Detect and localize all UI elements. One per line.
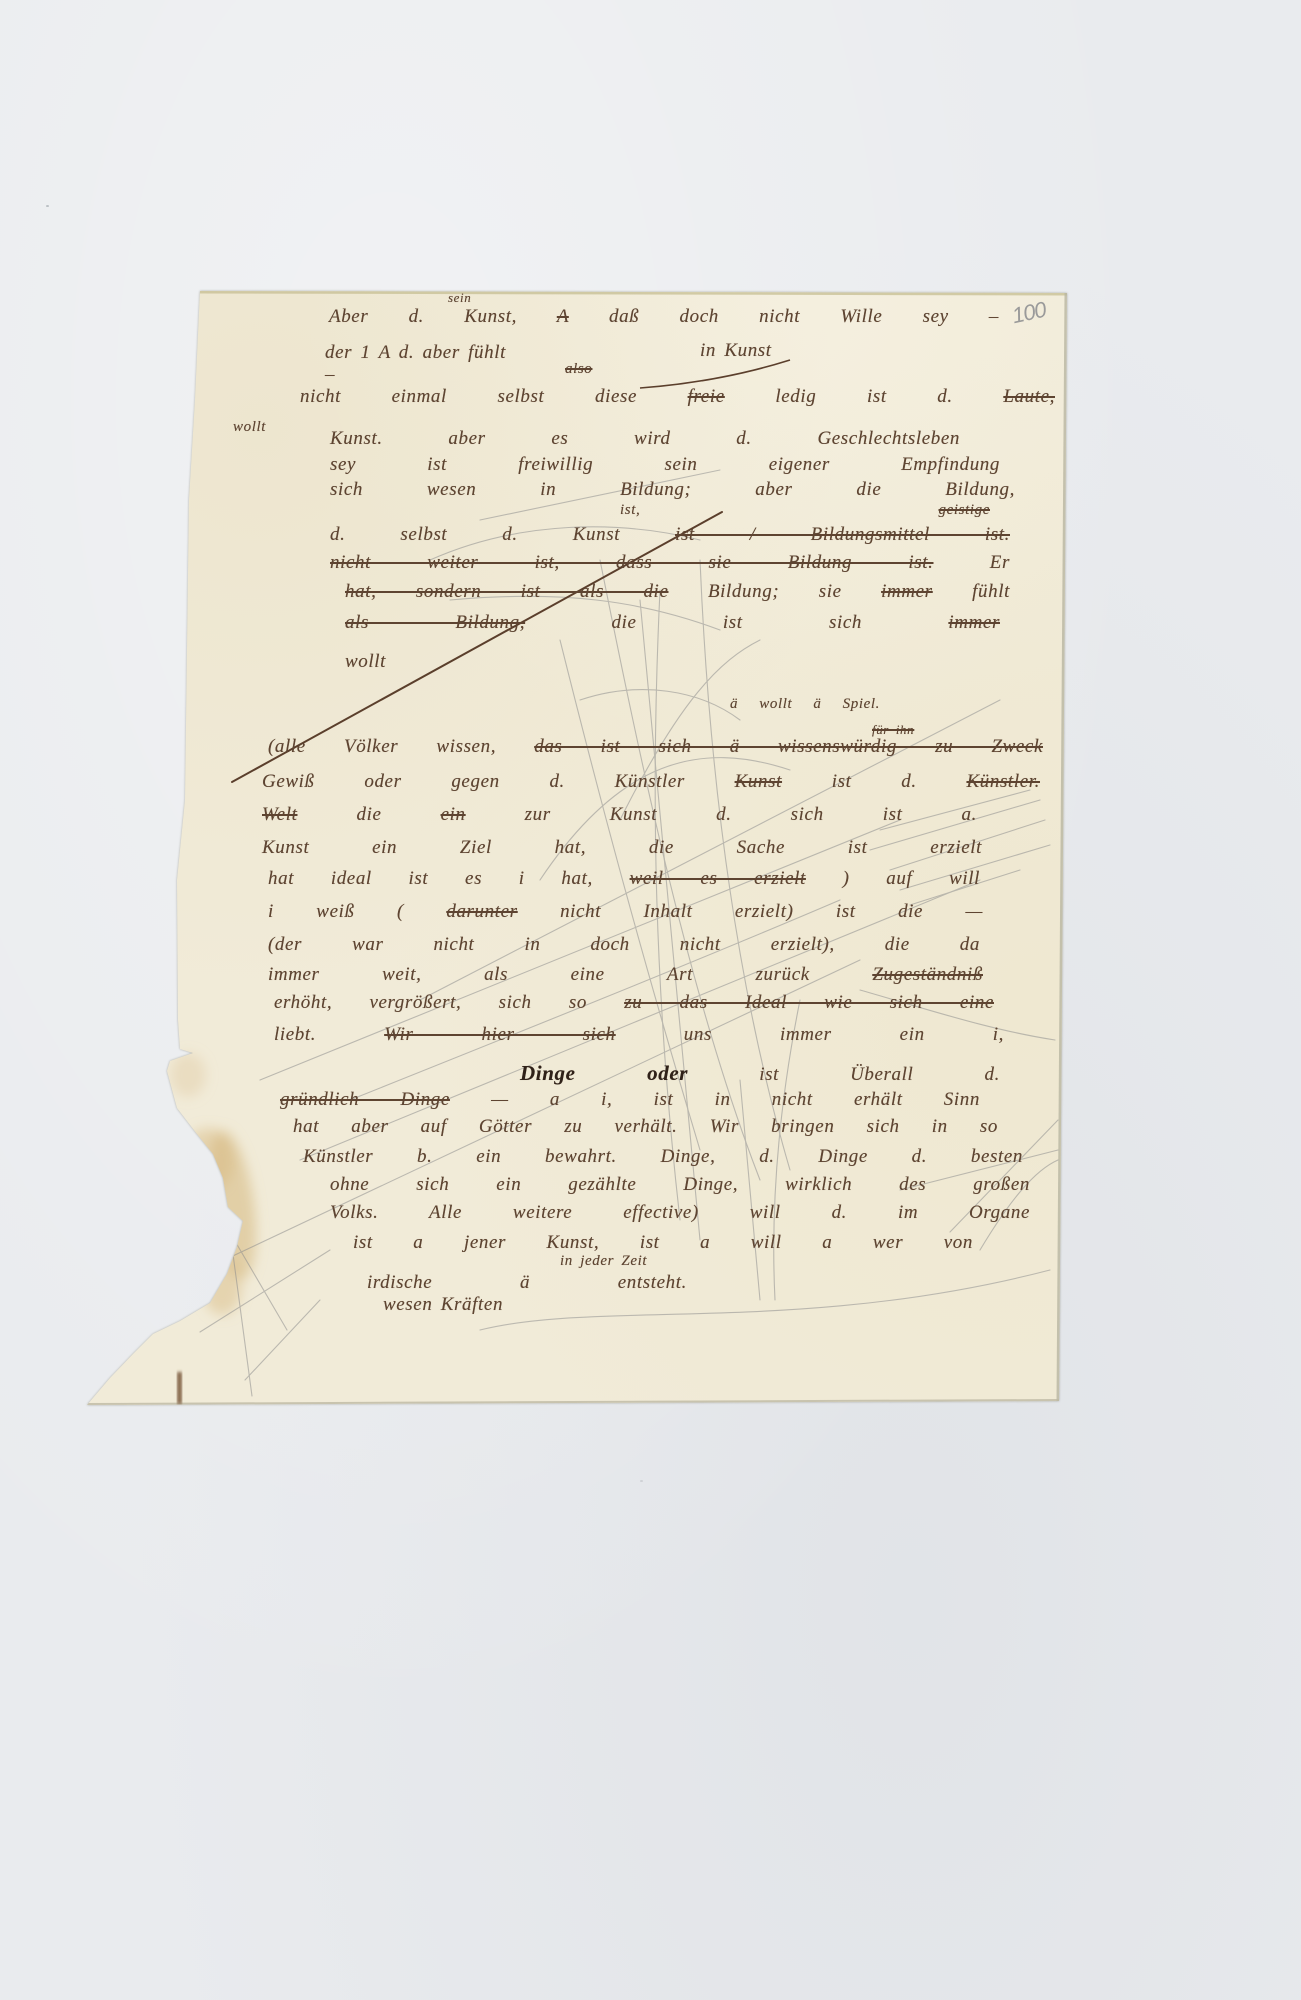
text-segment: nicht Inhalt erzielt) ist die — xyxy=(560,901,983,922)
text-segment: (der war nicht in doch nicht erzielt), d… xyxy=(268,934,980,955)
manuscript-line: Kunst. aber es wird d. Geschlechtsleben xyxy=(330,428,960,450)
text-segment: hat ideal ist es i hat, xyxy=(268,868,593,889)
text-segment: i weiß ( xyxy=(268,901,404,922)
paper-top-edge xyxy=(200,292,1067,294)
struck-text-segment: ist / Bildungsmittel ist. xyxy=(675,524,1010,545)
manuscript-line: wollt xyxy=(345,651,415,673)
text-segment: Er xyxy=(990,552,1010,573)
interlinear-insertion: ä wollt ä Spiel. xyxy=(730,695,880,713)
text-segment: zur Kunst d. sich ist a. xyxy=(525,804,977,825)
manuscript-line: liebt. Wir hier sich uns immer ein i, xyxy=(274,1024,1004,1046)
text-segment: sich wesen in Bildung; aber die Bildung, xyxy=(330,479,1015,500)
manuscript-line: als Bildung, die ist sich immer xyxy=(345,612,1000,634)
text-segment: ohne sich ein gezählte Dinge, wirklich d… xyxy=(330,1174,1030,1195)
ink-mark xyxy=(177,1372,182,1404)
interlinear-insertion: ist, geistige xyxy=(620,501,990,519)
struck-text-segment: nicht weiter ist, dass sie Bildung ist. xyxy=(330,552,934,573)
interlinear-insertion: in Kunst xyxy=(700,340,790,362)
scanner-bed-speck xyxy=(640,1480,643,1482)
text-segment: Aber d. Kunst, xyxy=(329,306,517,327)
text-segment: irdische ä xyxy=(367,1272,530,1293)
struck-text-segment: Kunst xyxy=(735,771,782,792)
text-segment: ist, xyxy=(620,502,640,518)
manuscript-line: d. selbst d. Kunst ist / Bildungsmittel … xyxy=(330,524,1010,546)
struck-text-segment: also xyxy=(565,361,592,377)
manuscript-line: ohne sich ein gezählte Dinge, wirklich d… xyxy=(330,1174,1030,1196)
manuscript-line: hat aber auf Götter zu verhält. Wir brin… xyxy=(293,1116,998,1138)
text-segment: in Kunst xyxy=(700,340,772,361)
text-segment: nicht einmal selbst diese xyxy=(300,386,637,407)
paper-right-edge xyxy=(1058,293,1066,1401)
manuscript-line: Aber d. Kunst, A daß doch nicht Wille se… xyxy=(329,306,999,328)
manuscript-line: (der war nicht in doch nicht erzielt), d… xyxy=(268,934,980,956)
struck-text-segment: Laute, xyxy=(1003,386,1055,407)
struck-text-segment: immer xyxy=(948,612,1000,633)
text-segment: die ist sich xyxy=(611,612,862,633)
manuscript-line: nicht weiter ist, dass sie Bildung ist. … xyxy=(330,552,1010,574)
text-segment: ist d. xyxy=(832,771,917,792)
text-segment: ä wollt ä Spiel. xyxy=(730,696,880,712)
struck-text-segment: gründlich Dinge xyxy=(280,1089,450,1110)
text-segment: wollt xyxy=(345,651,386,672)
text-segment: (alle Völker wissen, xyxy=(268,736,496,757)
text-segment: wesen Kräften xyxy=(383,1294,503,1315)
text-segment: ist Überall d. xyxy=(759,1064,1000,1085)
water-stain xyxy=(170,1053,264,1315)
struck-text-segment: als Bildung, xyxy=(345,612,525,633)
manuscript-line: Kunst ein Ziel hat, die Sache ist erziel… xyxy=(262,837,982,859)
text-segment: liebt. xyxy=(274,1024,316,1045)
manuscript-line: ist a jener Kunst, ist a will a wer von xyxy=(353,1232,973,1254)
manuscript-line: sich wesen in Bildung; aber die Bildung, xyxy=(330,479,1015,501)
text-segment: Kunst ein Ziel hat, die Sache ist erziel… xyxy=(262,837,982,858)
text-segment: Bildung; sie xyxy=(708,581,842,602)
text-segment: Künstler b. ein bewahrt. Dinge, d. Dinge… xyxy=(303,1146,1023,1167)
manuscript-line: Dinge oder ist Überall d. xyxy=(520,1062,1000,1084)
struck-text-segment: Welt xyxy=(262,804,297,825)
struck-text-segment: zu das Ideal wie sich eine xyxy=(624,992,994,1013)
text-segment: immer weit, als eine Art zurück xyxy=(268,964,810,985)
manuscript-line: hat, sondern ist als die Bildung; sie im… xyxy=(345,581,1010,603)
struck-text-segment: ein xyxy=(441,804,466,825)
text-segment: erhöht, vergrößert, sich so xyxy=(274,992,587,1013)
manuscript-line: der 1 A d. aber fühlt – xyxy=(325,342,515,364)
text-segment: wollt xyxy=(233,419,266,435)
struck-text-segment: Wir hier sich xyxy=(384,1024,615,1045)
struck-text-segment: hat, sondern ist als die xyxy=(345,581,668,602)
text-segment: — a i, ist in nicht erhält Sinn xyxy=(491,1089,980,1110)
struck-text-segment: A xyxy=(557,306,569,327)
text-segment: daß doch nicht Wille sey – xyxy=(609,306,999,327)
struck-text-segment: für ihn xyxy=(872,722,914,737)
text-segment: ist a jener Kunst, ist a will a wer von xyxy=(353,1232,973,1253)
text-segment: in jeder Zeit xyxy=(560,1253,647,1269)
interlinear-insertion: also xyxy=(565,360,615,378)
manuscript-line: Welt die ein zur Kunst d. sich ist a. xyxy=(262,804,977,826)
struck-text-segment: Künstler. xyxy=(966,771,1040,792)
paper-bottom-edge xyxy=(87,1400,1059,1404)
margin-note: wollt xyxy=(233,418,293,436)
text-segment: uns immer ein i, xyxy=(684,1024,1004,1045)
struck-text-segment: Zugeständniß xyxy=(872,964,983,985)
ink-underline-arc xyxy=(640,360,790,388)
manuscript-line: Volks. Alle weitere effective) will d. i… xyxy=(330,1202,1030,1224)
text-segment: Volks. Alle weitere effective) will d. i… xyxy=(330,1202,1030,1223)
bold-text-segment: Dinge oder xyxy=(520,1061,688,1085)
struck-text-segment: geistige xyxy=(939,502,990,518)
interlinear-insertion: sein xyxy=(448,290,508,306)
manuscript-line: wesen Kräften xyxy=(383,1294,603,1316)
manuscript-page: 100 sein Aber d. Kunst, A daß doch nicht… xyxy=(0,0,1301,1430)
text-segment: fühlt xyxy=(972,581,1010,602)
manuscript-line: Gewiß oder gegen d. Künstler Kunst ist d… xyxy=(262,771,1040,793)
text-segment: sey ist freiwillig sein eigener Empfindu… xyxy=(330,454,1000,475)
text-segment: Kunst. aber es wird d. Geschlechtsleben xyxy=(330,428,960,449)
manuscript-line: Künstler b. ein bewahrt. Dinge, d. Dinge… xyxy=(303,1146,1023,1168)
text-segment: Gewiß oder gegen d. Künstler xyxy=(262,771,685,792)
manuscript-line: sey ist freiwillig sein eigener Empfindu… xyxy=(330,454,1000,476)
manuscript-line: immer weit, als eine Art zurück Zugestän… xyxy=(268,964,983,986)
interlinear-insertion: in jeder Zeit xyxy=(560,1252,710,1270)
text-segment: d. selbst d. Kunst xyxy=(330,524,620,545)
struck-text-segment: immer xyxy=(881,581,933,602)
text-segment: ledig ist d. xyxy=(775,386,952,407)
paper-sheet: 100 sein Aber d. Kunst, A daß doch nicht… xyxy=(0,0,1301,1430)
struck-text-segment: weil es erzielt xyxy=(630,868,806,889)
text-segment: hat aber auf Götter zu verhält. Wir brin… xyxy=(293,1116,998,1137)
struck-text-segment: freie xyxy=(688,386,725,407)
manuscript-line: (alle Völker wissen, das ist sich ä wiss… xyxy=(268,736,1043,758)
text-segment: sein xyxy=(448,290,471,305)
text-segment: die xyxy=(357,804,382,825)
text-segment: entsteht. xyxy=(618,1272,687,1293)
struck-text-segment: das ist sich ä wissenswürdig zu Zweck xyxy=(534,736,1043,757)
manuscript-line: irdische ä entsteht. xyxy=(367,1272,687,1294)
manuscript-line: hat ideal ist es i hat, weil es erzielt … xyxy=(268,868,980,890)
struck-text-segment: darunter xyxy=(446,901,517,922)
manuscript-line: nicht einmal selbst diese freie ledig is… xyxy=(300,386,1055,408)
manuscript-line: gründlich Dinge — a i, ist in nicht erhä… xyxy=(280,1089,980,1111)
manuscript-line: erhöht, vergrößert, sich so zu das Ideal… xyxy=(274,992,994,1014)
text-segment: ) auf will xyxy=(843,868,980,889)
manuscript-line: i weiß ( darunter nicht Inhalt erzielt) … xyxy=(268,901,983,923)
